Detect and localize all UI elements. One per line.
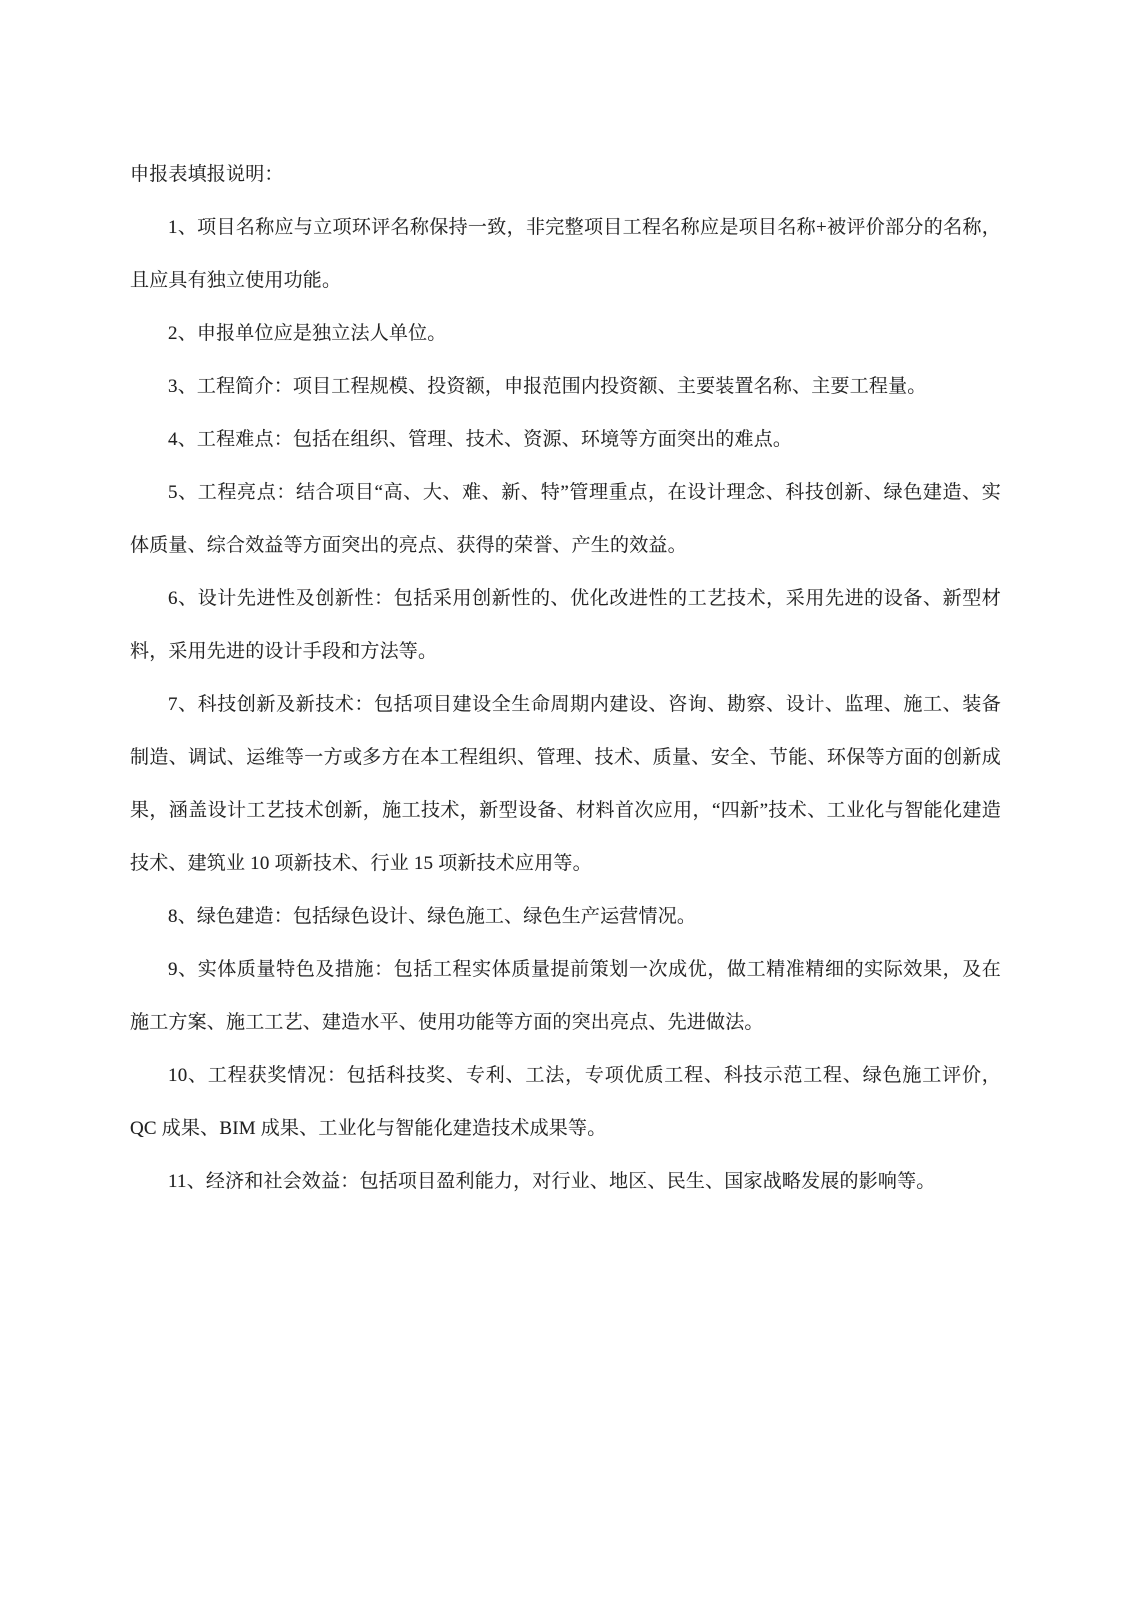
instruction-item-6: 6、设计先进性及创新性：包括采用创新性的、优化改进性的工艺技术，采用先进的设备、… — [130, 572, 1001, 678]
instruction-item-4: 4、工程难点：包括在组织、管理、技术、资源、环境等方面突出的难点。 — [130, 413, 1001, 466]
document-canvas: 申报表填报说明： 1、项目名称应与立项环评名称保持一致，非完整项目工程名称应是项… — [0, 0, 1131, 1600]
instruction-item-1: 1、项目名称应与立项环评名称保持一致，非完整项目工程名称应是项目名称+被评价部分… — [130, 201, 1001, 307]
instruction-item-8: 8、绿色建造：包括绿色设计、绿色施工、绿色生产运营情况。 — [130, 890, 1001, 943]
instruction-item-9: 9、实体质量特色及措施：包括工程实体质量提前策划一次成优，做工精准精细的实际效果… — [130, 943, 1001, 1049]
instruction-item-7: 7、科技创新及新技术：包括项目建设全生命周期内建设、咨询、勘察、设计、监理、施工… — [130, 678, 1001, 890]
document-heading: 申报表填报说明： — [130, 148, 1001, 201]
instruction-item-10: 10、工程获奖情况：包括科技奖、专利、工法，专项优质工程、科技示范工程、绿色施工… — [130, 1049, 1001, 1155]
document-page: 申报表填报说明： 1、项目名称应与立项环评名称保持一致，非完整项目工程名称应是项… — [130, 148, 1001, 1208]
instruction-item-5: 5、工程亮点：结合项目“高、大、难、新、特”管理重点，在设计理念、科技创新、绿色… — [130, 466, 1001, 572]
instruction-item-3: 3、工程简介：项目工程规模、投资额，申报范围内投资额、主要装置名称、主要工程量。 — [130, 360, 1001, 413]
instruction-item-11: 11、经济和社会效益：包括项目盈利能力，对行业、地区、民生、国家战略发展的影响等… — [130, 1155, 1001, 1208]
instruction-item-2: 2、申报单位应是独立法人单位。 — [130, 307, 1001, 360]
